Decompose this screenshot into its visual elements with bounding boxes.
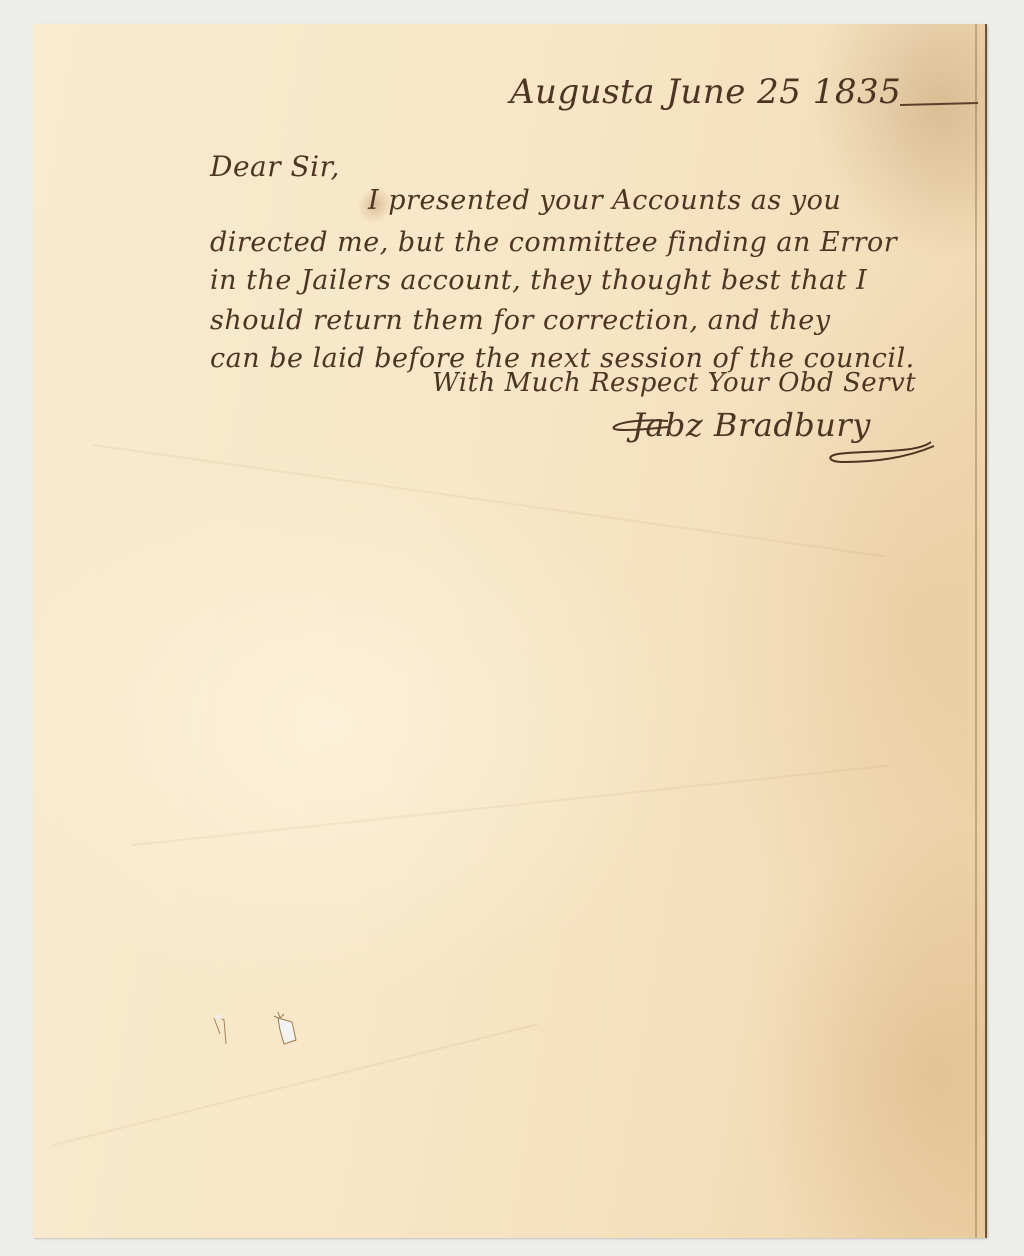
paper-tear-icon [270, 1010, 300, 1050]
letter-body-line: should return them for correction, and t… [210, 305, 830, 336]
signature-flourish-icon [826, 440, 936, 464]
letter-salutation: Dear Sir, [210, 150, 340, 183]
paper-crease [133, 765, 889, 846]
letter-body-line: directed me, but the committee finding a… [210, 227, 897, 258]
document-scan: Augusta June 25 1835 Dear Sir, I present… [0, 0, 1024, 1256]
letter-dateline: Augusta June 25 1835 [510, 72, 901, 112]
letter-body-line: I presented your Accounts as you [368, 185, 841, 216]
paper-damage-icon [210, 1010, 230, 1050]
signature-flourish-icon [610, 415, 670, 435]
paper-crease [93, 444, 885, 557]
letter-closing: With Much Respect Your Obd Servt [432, 368, 916, 398]
paper-fold-edge [975, 24, 977, 1238]
letter-body-line: in the Jailers account, they thought bes… [210, 265, 867, 296]
